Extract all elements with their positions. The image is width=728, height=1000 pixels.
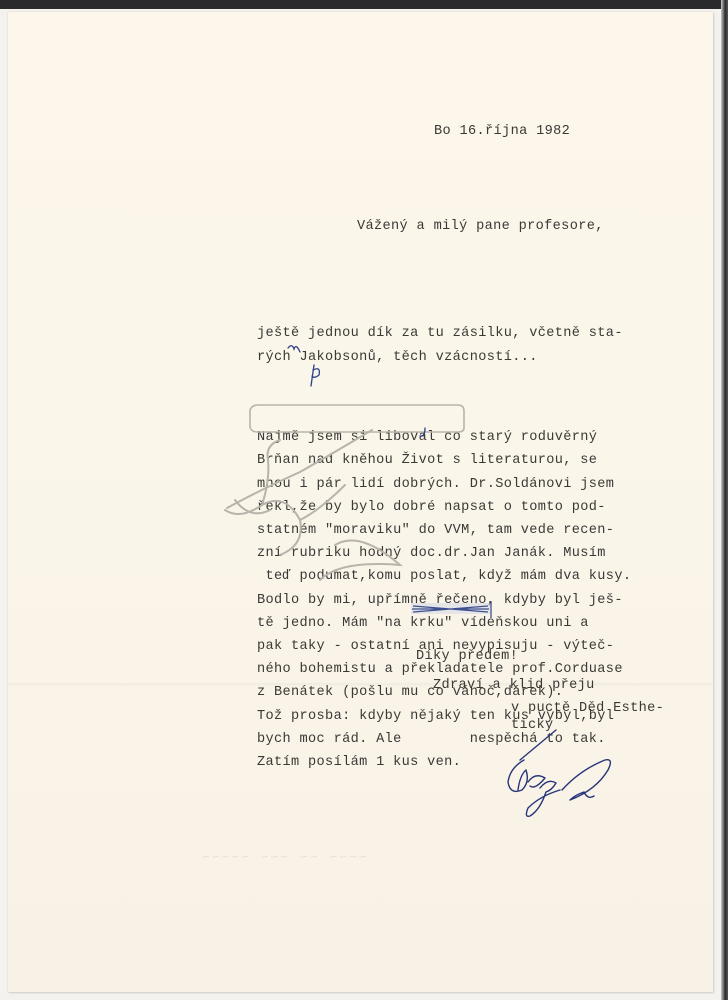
bleed-through-text: ~~~~ ~~ ~~~ ~~~~~ <box>200 850 367 865</box>
text-line: teď podumat,komu poslat, když mám dva ku… <box>257 565 631 588</box>
text-line: tě jedno. Mám "na krku" vídeňskou uni a <box>257 612 631 635</box>
window-right-edge <box>721 0 728 1000</box>
window-top-bar <box>0 0 728 9</box>
closing-thanks: Díky předem! <box>416 645 518 668</box>
text-line: Bodlo by mi, upřímně řečeno, kdyby byl j… <box>257 589 631 612</box>
paragraph-1: ještě jednou dík za tu zásilku, včetně s… <box>257 322 631 368</box>
closing-sign-off: v puctě Děd Esthe- ticky <box>511 700 664 734</box>
text-line: Zatím posílám 1 kus ven. <box>257 751 631 774</box>
salutation: Vážený a milý pane profesore, <box>357 215 604 238</box>
closing-greeting: Zdraví a klid přeju <box>433 674 595 697</box>
text-line: ještě jednou dík za tu zásilku, včetně s… <box>257 322 631 345</box>
date-line: Bo 16.října 1982 <box>434 120 570 143</box>
text-line: Brňan nad kněhou Život s literaturou, se <box>257 449 631 472</box>
text-line: rých Jakobsonů, těch vzácností... <box>257 346 631 369</box>
text-line: Najmě jsem si liboval co starý roduvěrný <box>257 426 631 449</box>
text-line: zní rubriku hodný doc.dr.Jan Janák. Musí… <box>257 542 631 565</box>
text-line: statném "moraviku" do VVM, tam vede rece… <box>257 519 631 542</box>
text-line: mnou i pár lidí dobrých. Dr.Soldánovi js… <box>257 473 631 496</box>
text-line: řekl,že by bylo dobré napsat o tomto pod… <box>257 496 631 519</box>
